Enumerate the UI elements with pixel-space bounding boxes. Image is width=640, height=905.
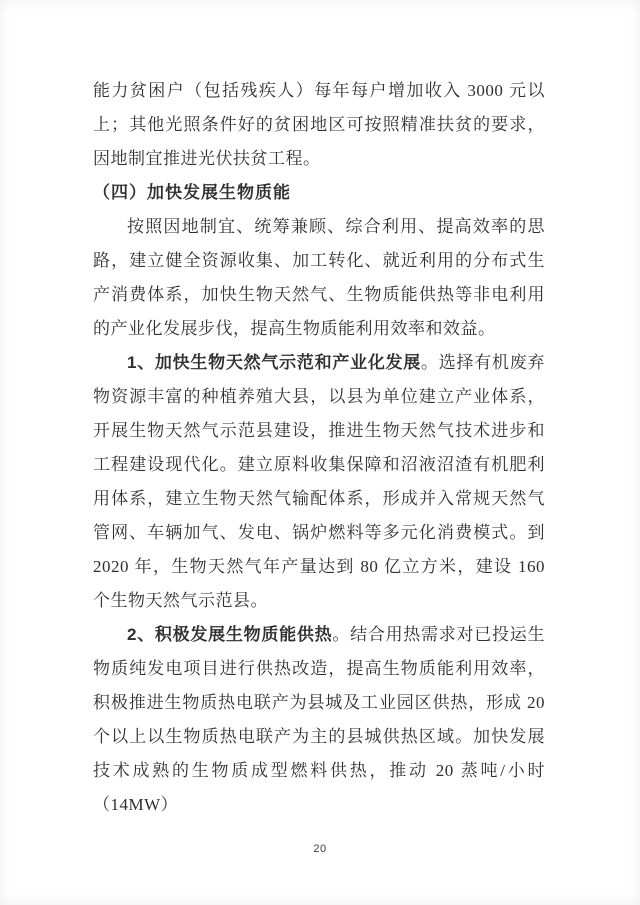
- document-page: 能力贫困户（包括残疾人）每年每户增加收入 3000 元以上；其他光照条件好的贫困…: [0, 0, 640, 905]
- paragraph-continuation: 能力贫困户（包括残疾人）每年每户增加收入 3000 元以上；其他光照条件好的贫困…: [93, 74, 545, 176]
- paragraph-item-1: 1、加快生物天然气示范和产业化发展。选择有机废弃物资源丰富的种植养殖大县，以县为…: [93, 346, 545, 618]
- paragraph-item-2: 2、积极发展生物质能供热。结合用热需求对已投运生物质纯发电项目进行供热改造，提高…: [93, 618, 545, 822]
- paragraph-intro: 按照因地制宜、统筹兼顾、综合利用、提高效率的思路，建立健全资源收集、加工转化、就…: [93, 210, 545, 346]
- item-2-body: 。结合用热需求对已投运生物质纯发电项目进行供热改造，提高生物质能利用效率，积极推…: [93, 625, 545, 814]
- section-heading: （四）加快发展生物质能: [93, 176, 545, 210]
- item-2-title: 2、积极发展生物质能供热: [127, 625, 332, 644]
- page-number: 20: [0, 843, 640, 855]
- item-1-body: 。选择有机废弃物资源丰富的种植养殖大县，以县为单位建立产业体系，开展生物天然气示…: [93, 353, 545, 610]
- page-content: 能力贫困户（包括残疾人）每年每户增加收入 3000 元以上；其他光照条件好的贫困…: [93, 74, 545, 822]
- item-1-title: 1、加快生物天然气示范和产业化发展: [127, 353, 421, 372]
